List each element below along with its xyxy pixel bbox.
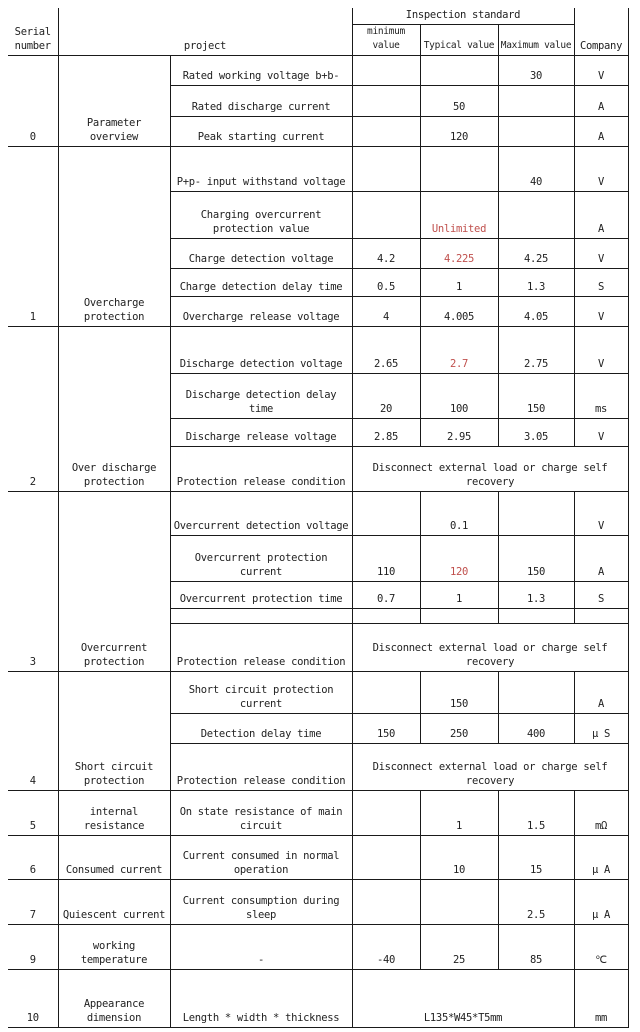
maximum-value-cell <box>498 672 574 714</box>
project-cell: Rated discharge current <box>170 86 352 117</box>
project-cell: Discharge detection voltage <box>170 327 352 374</box>
minimum-value-cell: -40 <box>352 925 420 970</box>
unit-cell: mm <box>574 970 628 1028</box>
typical-value-cell: 120 <box>420 536 498 582</box>
maximum-value-cell: 1.3 <box>498 269 574 297</box>
project-cell: - <box>170 925 352 970</box>
serial-number-cell: 9 <box>8 925 58 970</box>
serial-number-cell: 3 <box>8 492 58 672</box>
unit-cell: μ A <box>574 836 628 880</box>
project-cell: Detection delay time <box>170 714 352 744</box>
serial-number-cell: 4 <box>8 672 58 791</box>
table-row: 9working temperature--402585℃ <box>8 925 628 970</box>
minimum-value-cell: 0.7 <box>352 582 420 609</box>
minimum-value-cell <box>352 147 420 192</box>
maximum-value-cell <box>498 192 574 239</box>
specification-table: Serial number project Inspection standar… <box>8 8 629 1028</box>
table-row: 4Short circuit protectionShort circuit p… <box>8 672 628 714</box>
project-cell: Length * width * thickness <box>170 970 352 1028</box>
release-condition-cell: Disconnect external load or charge self … <box>352 624 628 672</box>
project-cell: Charging overcurrent protection value <box>170 192 352 239</box>
minimum-value-cell: 2.85 <box>352 419 420 447</box>
typical-value-cell: 4.005 <box>420 297 498 327</box>
table-row: 2Over discharge protectionDischarge dete… <box>8 327 628 374</box>
serial-number-cell: 1 <box>8 147 58 327</box>
maximum-value-cell: 150 <box>498 536 574 582</box>
unit-cell: V <box>574 56 628 86</box>
maximum-value-cell: 30 <box>498 56 574 86</box>
minimum-value-cell: 20 <box>352 374 420 419</box>
typical-value-cell <box>420 56 498 86</box>
minimum-value-cell: 2.65 <box>352 327 420 374</box>
typical-value-cell: 250 <box>420 714 498 744</box>
maximum-value-cell: 15 <box>498 836 574 880</box>
unit-cell: μ S <box>574 714 628 744</box>
unit-cell: A <box>574 86 628 117</box>
unit-cell: V <box>574 419 628 447</box>
maximum-value-cell <box>498 86 574 117</box>
unit-cell: A <box>574 117 628 147</box>
release-condition-cell: Disconnect external load or charge self … <box>352 447 628 492</box>
maximum-value-cell: 2.5 <box>498 880 574 925</box>
serial-number-cell: 7 <box>8 880 58 925</box>
serial-number-cell: 0 <box>8 56 58 147</box>
typical-value-cell: 2.95 <box>420 419 498 447</box>
project-cell: Overcurrent protection current <box>170 536 352 582</box>
typical-value-cell <box>420 147 498 192</box>
table-row: 6Consumed currentCurrent consumed in nor… <box>8 836 628 880</box>
minimum-value-cell <box>352 672 420 714</box>
release-condition-cell: Disconnect external load or charge self … <box>352 744 628 791</box>
header-project: project <box>58 8 352 56</box>
unit-cell: V <box>574 147 628 192</box>
header-company: Company <box>574 8 628 56</box>
maximum-value-cell: 3.05 <box>498 419 574 447</box>
typical-value-cell: Unlimited <box>420 192 498 239</box>
typical-value-cell: 50 <box>420 86 498 117</box>
minimum-value-cell: 4.2 <box>352 239 420 269</box>
maximum-value-cell: 150 <box>498 374 574 419</box>
unit-cell <box>574 609 628 624</box>
unit-cell: A <box>574 672 628 714</box>
typical-value-cell: 1 <box>420 582 498 609</box>
typical-value-cell: 100 <box>420 374 498 419</box>
project-cell: Discharge detection delay time <box>170 374 352 419</box>
table-row: 3Overcurrent protectionOvercurrent detec… <box>8 492 628 536</box>
minimum-value-cell <box>352 492 420 536</box>
unit-cell: A <box>574 192 628 239</box>
table-row: 10Appearance dimensionLength * width * t… <box>8 970 628 1028</box>
minimum-value-cell <box>352 192 420 239</box>
minimum-value-cell <box>352 86 420 117</box>
typical-value-cell: 25 <box>420 925 498 970</box>
maximum-value-cell: 4.25 <box>498 239 574 269</box>
category-cell: Parameter overview <box>58 56 170 147</box>
category-cell: Consumed current <box>58 836 170 880</box>
category-cell: Overcharge protection <box>58 147 170 327</box>
project-cell: Overcharge release voltage <box>170 297 352 327</box>
typical-value-cell: 150 <box>420 672 498 714</box>
project-cell: Current consumption during sleep <box>170 880 352 925</box>
header-minimum: minimum value <box>352 25 420 56</box>
header-maximum: Maximum value <box>498 25 574 56</box>
minimum-value-cell: 150 <box>352 714 420 744</box>
project-cell: Protection release condition <box>170 624 352 672</box>
maximum-value-cell: 400 <box>498 714 574 744</box>
unit-cell: V <box>574 492 628 536</box>
table-row: 1Overcharge protectionP+p- input withsta… <box>8 147 628 192</box>
maximum-value-cell <box>498 492 574 536</box>
unit-cell: μ A <box>574 880 628 925</box>
project-cell: Peak starting current <box>170 117 352 147</box>
typical-value-cell: 120 <box>420 117 498 147</box>
minimum-value-cell: 4 <box>352 297 420 327</box>
project-cell: Charge detection voltage <box>170 239 352 269</box>
maximum-value-cell: 1.3 <box>498 582 574 609</box>
unit-cell: V <box>574 327 628 374</box>
header-inspection-standard: Inspection standard <box>352 8 574 25</box>
table-row: 0Parameter overviewRated working voltage… <box>8 56 628 86</box>
category-cell: Overcurrent protection <box>58 492 170 672</box>
maximum-value-cell: 40 <box>498 147 574 192</box>
minimum-value-cell: 110 <box>352 536 420 582</box>
unit-cell: V <box>574 239 628 269</box>
typical-value-cell <box>420 609 498 624</box>
typical-value-cell: 4.225 <box>420 239 498 269</box>
serial-number-cell: 10 <box>8 970 58 1028</box>
typical-value-cell: 0.1 <box>420 492 498 536</box>
unit-cell: ℃ <box>574 925 628 970</box>
project-cell: Discharge release voltage <box>170 419 352 447</box>
project-cell: Protection release condition <box>170 744 352 791</box>
project-cell: Protection release condition <box>170 447 352 492</box>
table-row: 5internal resistanceOn state resistance … <box>8 791 628 836</box>
typical-value-cell: 10 <box>420 836 498 880</box>
category-cell: Quiescent current <box>58 880 170 925</box>
header-serial: Serial number <box>8 8 58 56</box>
minimum-value-cell <box>352 609 420 624</box>
typical-value-cell: 2.7 <box>420 327 498 374</box>
unit-cell: mΩ <box>574 791 628 836</box>
minimum-value-cell <box>352 56 420 86</box>
project-cell: Overcurrent detection voltage <box>170 492 352 536</box>
maximum-value-cell: 4.05 <box>498 297 574 327</box>
maximum-value-cell: 85 <box>498 925 574 970</box>
unit-cell: ms <box>574 374 628 419</box>
unit-cell: A <box>574 536 628 582</box>
table-row: 7Quiescent currentCurrent consumption du… <box>8 880 628 925</box>
project-cell <box>170 609 352 624</box>
minimum-value-cell <box>352 791 420 836</box>
header-row-top: Serial number project Inspection standar… <box>8 8 628 25</box>
category-cell: internal resistance <box>58 791 170 836</box>
project-cell: P+p- input withstand voltage <box>170 147 352 192</box>
project-cell: On state resistance of main circuit <box>170 791 352 836</box>
maximum-value-cell: 2.75 <box>498 327 574 374</box>
typical-value-cell <box>420 880 498 925</box>
serial-number-cell: 2 <box>8 327 58 492</box>
unit-cell: S <box>574 582 628 609</box>
unit-cell: V <box>574 297 628 327</box>
minimum-value-cell <box>352 117 420 147</box>
typical-value-cell: 1 <box>420 791 498 836</box>
serial-number-cell: 6 <box>8 836 58 880</box>
unit-cell: S <box>574 269 628 297</box>
maximum-value-cell <box>498 609 574 624</box>
dimension-value-cell: L135*W45*T5mm <box>352 970 574 1028</box>
project-cell: Short circuit protection current <box>170 672 352 714</box>
project-cell: Overcurrent protection time <box>170 582 352 609</box>
project-cell: Rated working voltage b+b- <box>170 56 352 86</box>
category-cell: working temperature <box>58 925 170 970</box>
maximum-value-cell <box>498 117 574 147</box>
category-cell: Over discharge protection <box>58 327 170 492</box>
minimum-value-cell <box>352 880 420 925</box>
typical-value-cell: 1 <box>420 269 498 297</box>
project-cell: Charge detection delay time <box>170 269 352 297</box>
category-cell: Short circuit protection <box>58 672 170 791</box>
serial-number-cell: 5 <box>8 791 58 836</box>
project-cell: Current consumed in normal operation <box>170 836 352 880</box>
minimum-value-cell <box>352 836 420 880</box>
maximum-value-cell: 1.5 <box>498 791 574 836</box>
category-cell: Appearance dimension <box>58 970 170 1028</box>
minimum-value-cell: 0.5 <box>352 269 420 297</box>
header-typical: Typical value <box>420 25 498 56</box>
